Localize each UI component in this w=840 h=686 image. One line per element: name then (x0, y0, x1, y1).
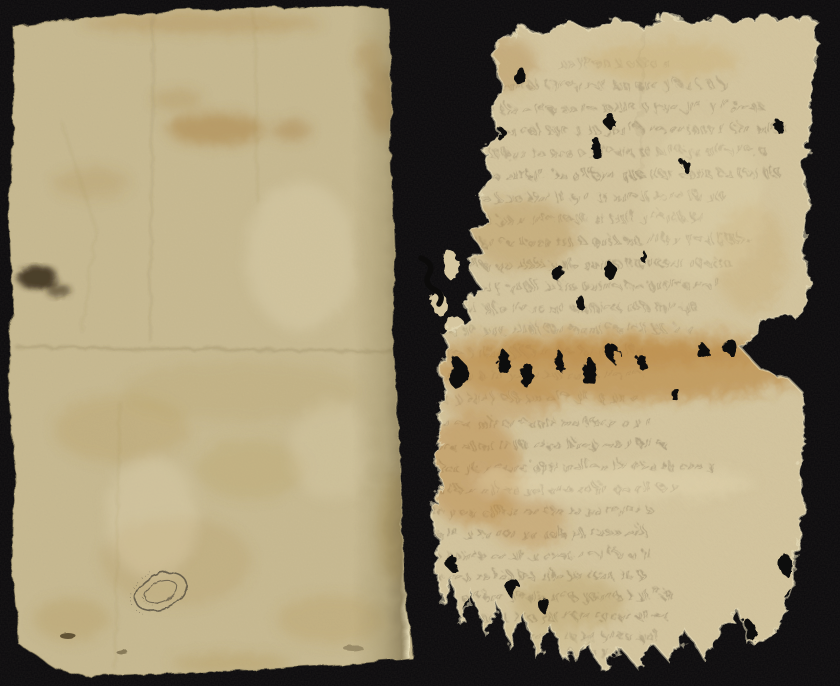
left-page-surface (0, 0, 420, 686)
left-page: ‧‧‧ ‧‧‧‧ ‧‧‧ ‧‧‧‧ ‧‧‧‧‧ (0, 0, 420, 686)
handwriting-line: ramos tlicat yca yn que y ne t o y (499, 74, 725, 90)
manuscript-photo: ‧‧‧ ‧‧‧‧ ‧‧‧ ‧‧‧‧ ‧‧‧‧‧ yn ypan y axca n… (0, 0, 840, 686)
manuscript-canvas: ‧‧‧ ‧‧‧‧ ‧‧‧ ‧‧‧‧ ‧‧‧‧‧ yn ypan y axca n… (0, 0, 840, 686)
